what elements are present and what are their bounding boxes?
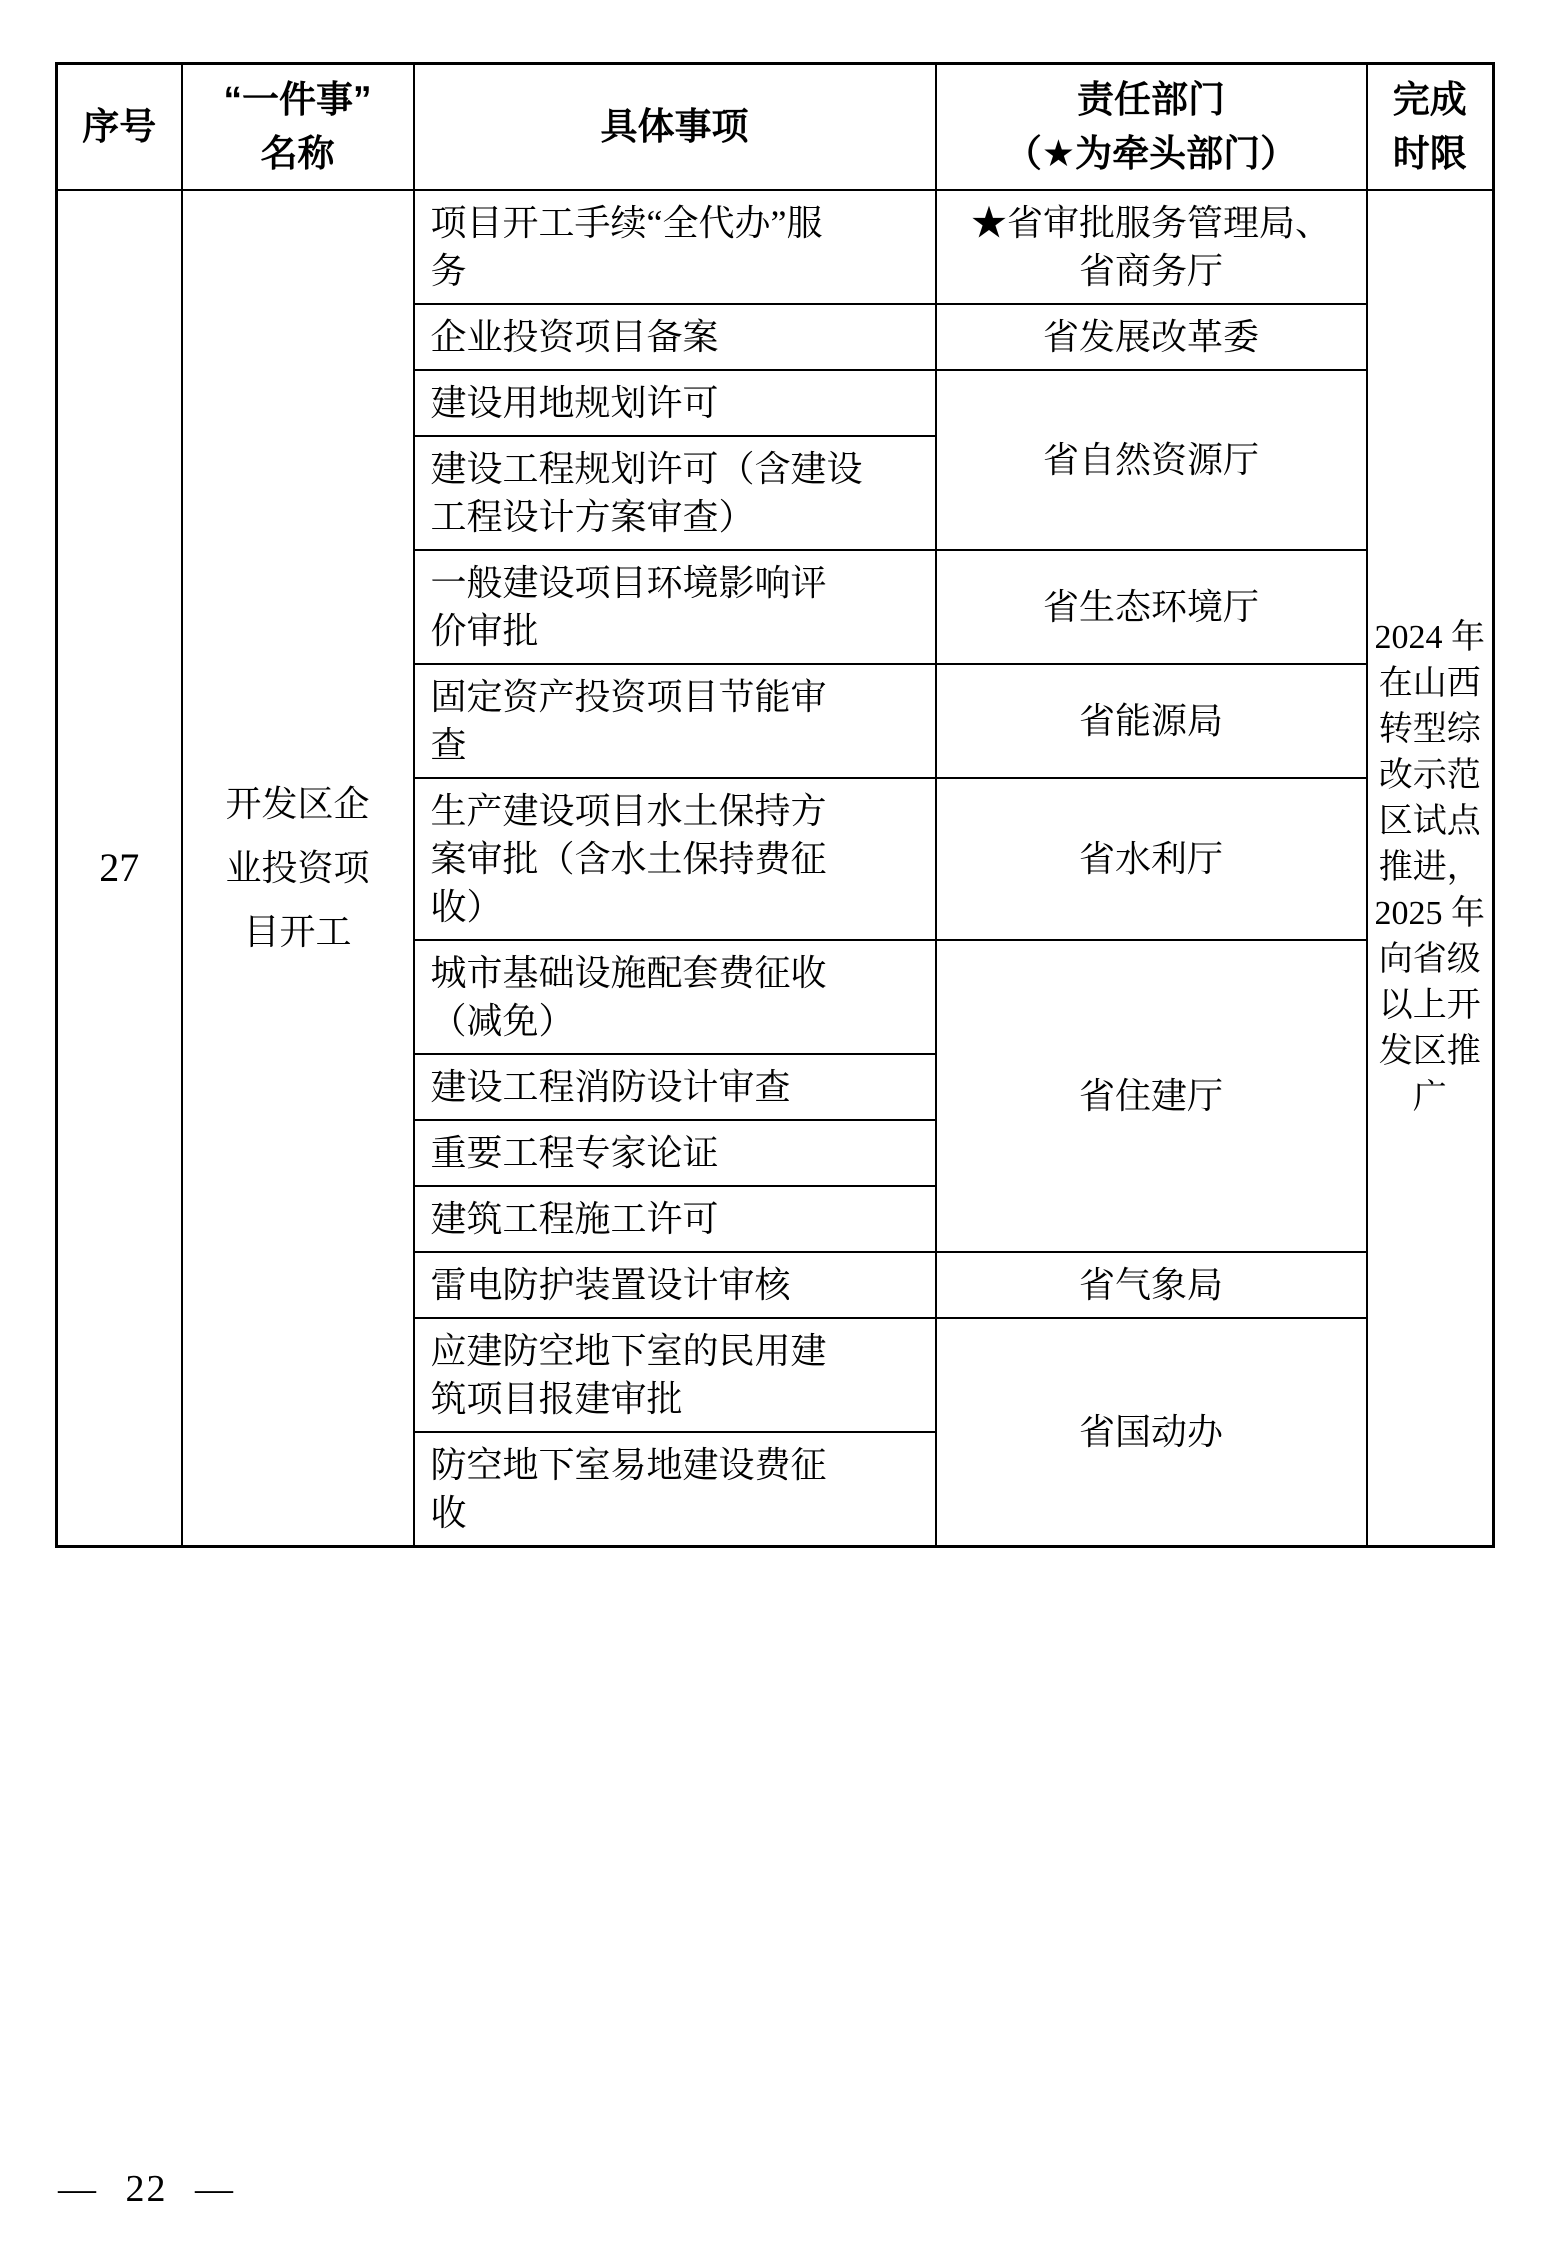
deadline-text: 2024 年 在山西 转型综 改示范 区试点 推进， 2025 年 向省级 以上… [1367, 190, 1494, 1547]
item-text: 生产建设项目水土保持方 案审批（含水土保持费征 收） [414, 778, 936, 940]
dept-text: 省能源局 [936, 664, 1367, 778]
table-row: 27 开发区企 业投资项 目开工 项目开工手续“全代办”服 务 ★省审批服务管理… [57, 190, 1494, 304]
dept-text: 省国动办 [936, 1318, 1367, 1547]
table-header-row: 序号 “一件事” 名称 具体事项 责任部门 （★为牵头部门） 完成 时限 [57, 64, 1494, 191]
dept-text: 省住建厅 [936, 940, 1367, 1252]
item-text: 建筑工程施工许可 [414, 1186, 936, 1252]
item-text: 雷电防护装置设计审核 [414, 1252, 936, 1318]
item-text: 建设工程消防设计审查 [414, 1054, 936, 1120]
header-serial: 序号 [57, 64, 182, 191]
dept-text: 省自然资源厅 [936, 370, 1367, 550]
dept-text: 省气象局 [936, 1252, 1367, 1318]
item-text: 建设工程规划许可（含建设 工程设计方案审查） [414, 436, 936, 550]
dept-text: ★省审批服务管理局、 省商务厅 [936, 190, 1367, 304]
page-number: — 22 — [58, 2167, 235, 2211]
document-page: 序号 “一件事” 名称 具体事项 责任部门 （★为牵头部门） 完成 时限 27 … [0, 0, 1549, 2263]
item-text: 城市基础设施配套费征收 （减免） [414, 940, 936, 1054]
item-text: 建设用地规划许可 [414, 370, 936, 436]
item-text: 企业投资项目备案 [414, 304, 936, 370]
dept-text: 省水利厅 [936, 778, 1367, 940]
item-text: 一般建设项目环境影响评 价审批 [414, 550, 936, 664]
dept-text: 省生态环境厅 [936, 550, 1367, 664]
item-text: 应建防空地下室的民用建 筑项目报建审批 [414, 1318, 936, 1432]
header-responsible-dept: 责任部门 （★为牵头部门） [936, 64, 1367, 191]
item-text: 防空地下室易地建设费征 收 [414, 1432, 936, 1547]
one-matter-table: 序号 “一件事” 名称 具体事项 责任部门 （★为牵头部门） 完成 时限 27 … [55, 62, 1495, 1548]
item-text: 重要工程专家论证 [414, 1120, 936, 1186]
header-matter-name: “一件事” 名称 [182, 64, 414, 191]
item-text: 项目开工手续“全代办”服 务 [414, 190, 936, 304]
dept-text: 省发展改革委 [936, 304, 1367, 370]
serial-number: 27 [57, 190, 182, 1547]
header-deadline: 完成 时限 [1367, 64, 1494, 191]
header-specific-item: 具体事项 [414, 64, 936, 191]
matter-name: 开发区企 业投资项 目开工 [182, 190, 414, 1547]
item-text: 固定资产投资项目节能审 查 [414, 664, 936, 778]
